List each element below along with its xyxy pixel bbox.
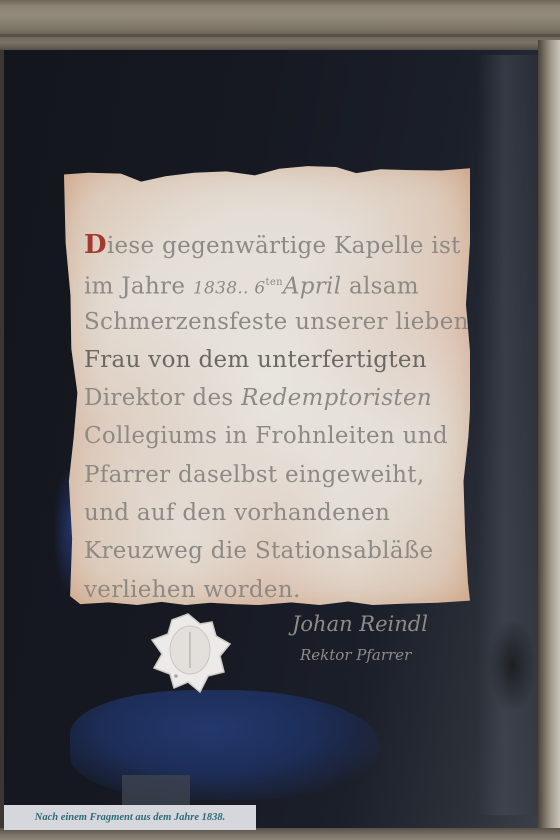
- signature-name: Johan Reindl: [292, 611, 428, 637]
- text-line-3: Schmerzensfeste unserer lieben: [84, 303, 464, 341]
- text-line-7: Pfarrer daselbst eingeweiht,: [84, 456, 464, 494]
- text-line-2: im Jahre 1838.. 6tenApril alsam: [84, 264, 464, 302]
- caption-text: Nach einem Fragment aus dem Jahre 1838.: [35, 812, 225, 823]
- frame-right: [538, 40, 560, 840]
- reflection-object: [122, 775, 190, 807]
- signature-title: Rektor Pfarrer: [300, 646, 411, 664]
- text-line-5: Direktor des Redemptoristen: [84, 379, 464, 417]
- text-line-1: Diese gegenwärtige Kapelle ist: [84, 226, 464, 264]
- framed-document-photo: Diese gegenwärtige Kapelle ist im Jahre …: [0, 0, 560, 840]
- caption-label: Nach einem Fragment aus dem Jahre 1838.: [4, 805, 256, 830]
- text-line-10: verliehen worden.: [84, 571, 464, 609]
- text-line-8: und auf den vorhandenen: [84, 494, 464, 532]
- blue-reflection: [70, 690, 380, 800]
- calligraphy-text: Diese gegenwärtige Kapelle ist im Jahre …: [84, 226, 464, 609]
- frame-top: [0, 0, 560, 50]
- seal-icon: [148, 610, 234, 696]
- text-line-4: Frau von dem unterfertigten: [84, 341, 464, 379]
- drop-cap: D: [84, 230, 107, 260]
- frame-left: [0, 50, 4, 830]
- text-line-6: Collegiums in Frohnleiten und: [84, 417, 464, 455]
- reflection-foliage: [490, 620, 535, 710]
- frame-molding-line: [0, 34, 560, 37]
- text-line-9: Kreuzweg die Stationsabläße: [84, 532, 464, 570]
